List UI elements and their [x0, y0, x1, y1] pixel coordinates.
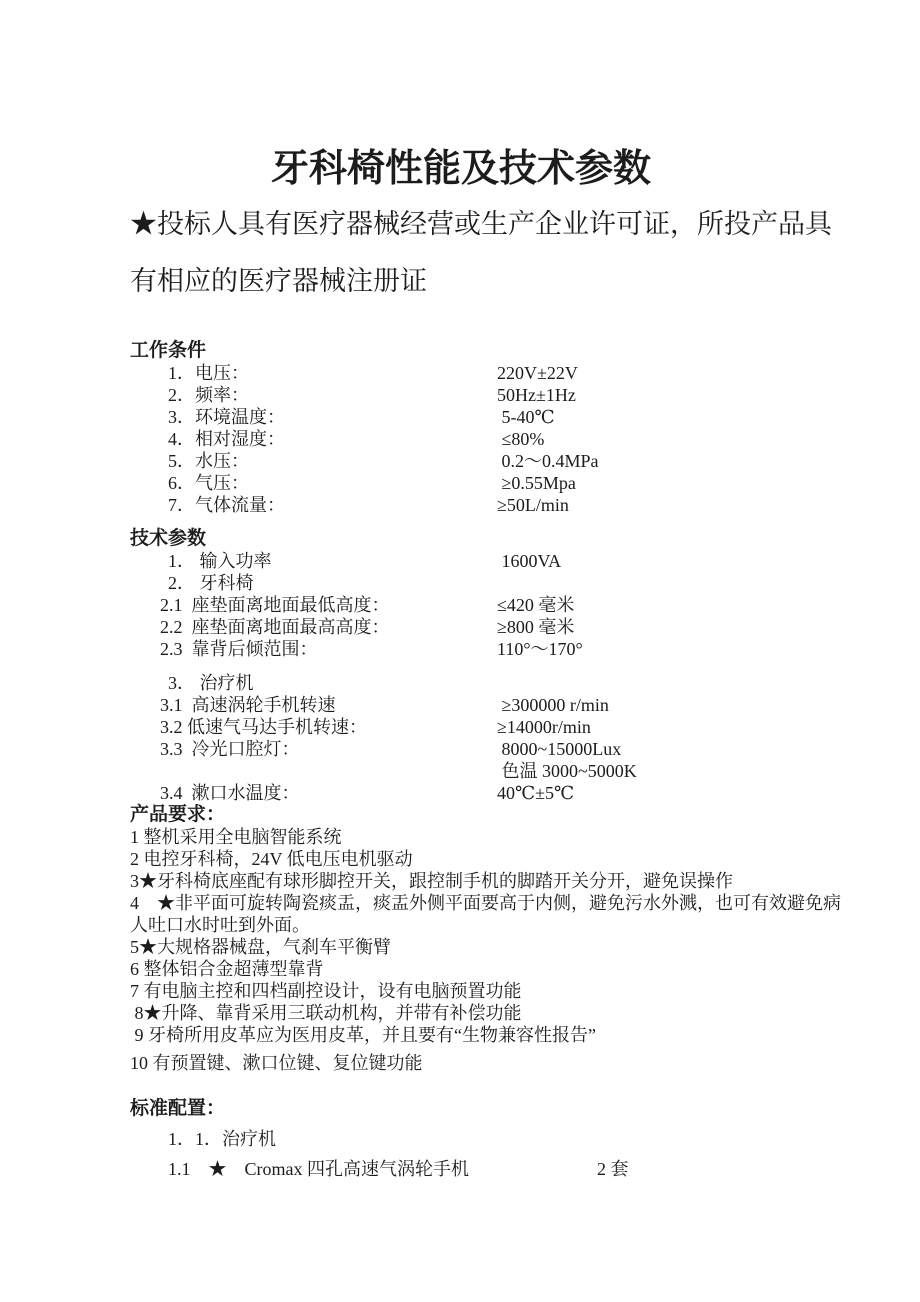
- requirement-line-1: 1 整机采用全电脑智能系统: [130, 826, 792, 848]
- spec-label: 6．气压：: [130, 472, 497, 494]
- spec-value: ≥800 毫米: [497, 616, 574, 638]
- spec-row-air-flow: 7．气体流量： ≥50L/min: [130, 494, 792, 516]
- requirement-line-7: 7 有电脑主控和四档副控设计，设有电脑预置功能: [130, 980, 792, 1002]
- spec-row-seat-min-height: 2.1 座垫面离地面最低高度： ≤420 毫米: [130, 594, 792, 616]
- spec-label: 3.4 漱口水温度：: [130, 782, 497, 804]
- technical-parameters-section: 技术参数 1． 输入功率 1600VA 2． 牙科椅 2.1 座垫面离地面最低高…: [130, 528, 792, 804]
- spec-value: ≥50L/min: [497, 494, 569, 516]
- spec-value: 110°～170°: [497, 638, 583, 660]
- technical-parameters-heading: 技术参数: [130, 528, 792, 550]
- config-item-name: 1.1 ★ Cromax 四孔高速气涡轮手机: [168, 1158, 597, 1180]
- spec-value: 220V±22V: [497, 362, 578, 384]
- spec-row-high-speed-handpiece: 3.1 高速涡轮手机转速 ≥300000 r/min: [130, 694, 792, 716]
- working-conditions-section: 工作条件 1．电压： 220V±22V 2．频率： 50Hz±1Hz 3．环境温…: [130, 340, 792, 516]
- spec-label: 2．频率：: [130, 384, 497, 406]
- spec-label: 3.2 低速气马达手机转速：: [130, 716, 497, 738]
- spec-row-input-power: 1． 输入功率 1600VA: [130, 550, 792, 572]
- title-part-bold: 性能及技术参数: [385, 148, 651, 190]
- spec-label: 3．环境温度：: [130, 406, 497, 428]
- page-title: 牙科椅性能及技术参数: [130, 146, 792, 192]
- requirement-line-10: 10 有预置键、漱口位键、复位键功能: [130, 1052, 792, 1074]
- spec-row-relative-humidity: 4．相对湿度： ≤80%: [130, 428, 792, 450]
- spec-label: 2.1 座垫面离地面最低高度：: [130, 594, 497, 616]
- spec-label: 7．气体流量：: [130, 494, 497, 516]
- spec-label: 2． 牙科椅: [130, 572, 497, 594]
- requirement-line-4-wrap: 人吐口水时吐到外面。: [130, 914, 792, 936]
- spec-row-ambient-temperature: 3．环境温度： 5-40℃: [130, 406, 792, 428]
- spec-label: [130, 760, 497, 782]
- requirement-line-3: 3★牙科椅底座配有球形脚控开关，跟控制手机的脚踏开关分开，避免误操作: [130, 870, 792, 892]
- working-conditions-heading: 工作条件: [130, 340, 792, 362]
- spec-value: 40℃±5℃: [497, 782, 574, 804]
- requirement-line-5: 5★大规格器械盘，气刹车平衡臂: [130, 936, 792, 958]
- spec-value: ≥0.55Mpa: [497, 472, 576, 494]
- spec-label: 3.3 冷光口腔灯：: [130, 738, 497, 760]
- spec-value: 色温 3000~5000K: [497, 760, 637, 782]
- bid-requirement-paragraph: ★投标人具有医疗器械经营或生产企业许可证，所投产品具 有相应的医疗器械注册证: [130, 196, 792, 310]
- title-part-regular: 牙科椅: [271, 148, 385, 190]
- spec-row-water-pressure: 5．水压： 0.2～0.4MPa: [130, 450, 792, 472]
- spec-label: 3.1 高速涡轮手机转速: [130, 694, 497, 716]
- spec-row-operating-light: 3.3 冷光口腔灯： 8000~15000Lux: [130, 738, 792, 760]
- spec-row-seat-max-height: 2.2 座垫面离地面最高高度： ≥800 毫米: [130, 616, 792, 638]
- requirement-line-2: 2 电控牙科椅，24V 低电压电机驱动: [130, 848, 792, 870]
- config-item-quantity: 2 套: [597, 1158, 629, 1180]
- spec-label: 3． 治疗机: [130, 672, 497, 694]
- spec-label: 2.2 座垫面离地面最高高度：: [130, 616, 497, 638]
- requirement-line-6: 6 整体铝合金超薄型靠背: [130, 958, 792, 980]
- spec-label: 4．相对湿度：: [130, 428, 497, 450]
- spec-row-low-speed-handpiece: 3.2 低速气马达手机转速： ≥14000r/min: [130, 716, 792, 738]
- spec-value: 1600VA: [497, 550, 561, 572]
- bid-requirement-line-2: 有相应的医疗器械注册证: [130, 253, 792, 310]
- product-requirements-heading: 产品要求：: [130, 804, 792, 826]
- spec-label: 2.3 靠背后倾范围：: [130, 638, 497, 660]
- spec-row-frequency: 2．频率： 50Hz±1Hz: [130, 384, 792, 406]
- spec-row-treatment-unit: 3． 治疗机: [130, 672, 792, 694]
- spec-value: ≥300000 r/min: [497, 694, 609, 716]
- spec-value: ≤80%: [497, 428, 544, 450]
- spec-label: 1． 输入功率: [130, 550, 497, 572]
- requirement-line-4: 4 ★非平面可旋转陶瓷痰盂，痰盂外侧平面要高于内侧，避免污水外溅，也可有效避免病: [130, 892, 792, 914]
- requirement-line-9: 9 牙椅所用皮革应为医用皮革，并且要有“生物兼容性报告”: [130, 1024, 792, 1046]
- spec-row-color-temperature: 色温 3000~5000K: [130, 760, 792, 782]
- spec-value: 50Hz±1Hz: [497, 384, 576, 406]
- spec-value: 0.2～0.4MPa: [497, 450, 599, 472]
- spec-row-air-pressure: 6．气压： ≥0.55Mpa: [130, 472, 792, 494]
- spec-row-rinse-water-temperature: 3.4 漱口水温度： 40℃±5℃: [130, 782, 792, 804]
- standard-configuration-heading: 标准配置：: [130, 1098, 792, 1120]
- spec-row-voltage: 1．电压： 220V±22V: [130, 362, 792, 384]
- spec-value: ≥14000r/min: [497, 716, 591, 738]
- config-item-row: 1.1 ★ Cromax 四孔高速气涡轮手机 2 套: [130, 1158, 792, 1180]
- spec-label: 5．水压：: [130, 450, 497, 472]
- standard-configuration-section: 标准配置： 1．1．治疗机 1.1 ★ Cromax 四孔高速气涡轮手机 2 套: [130, 1098, 792, 1180]
- spec-value: 8000~15000Lux: [497, 738, 621, 760]
- spec-value: 5-40℃: [497, 406, 555, 428]
- spec-label: 1．电压：: [130, 362, 497, 384]
- spec-row-dental-chair: 2． 牙科椅: [130, 572, 792, 594]
- spec-value: ≤420 毫米: [497, 594, 574, 616]
- document-page: 牙科椅性能及技术参数 ★投标人具有医疗器械经营或生产企业许可证，所投产品具 有相…: [0, 0, 920, 1302]
- product-requirements-section: 产品要求： 1 整机采用全电脑智能系统 2 电控牙科椅，24V 低电压电机驱动 …: [130, 804, 792, 1074]
- bid-requirement-line-1: ★投标人具有医疗器械经营或生产企业许可证，所投产品具: [130, 196, 792, 253]
- spec-row-backrest-recline-range: 2.3 靠背后倾范围： 110°～170°: [130, 638, 792, 660]
- config-group-treatment-unit: 1．1．治疗机: [130, 1128, 792, 1150]
- requirement-line-8: 8★升降、靠背采用三联动机构，并带有补偿功能: [130, 1002, 792, 1024]
